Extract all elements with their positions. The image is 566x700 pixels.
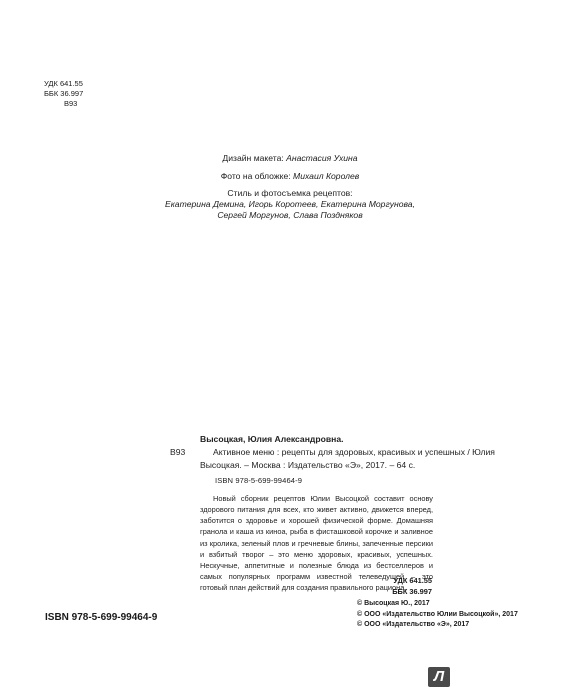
credit-layout-name: Анастасия Ухина xyxy=(286,153,357,163)
credit-cover-photo-name: Михаил Королев xyxy=(293,171,359,181)
author-heading: Высоцкая, Юлия Александровна. xyxy=(200,434,344,444)
isbn-main: ISBN 978-5-699-99464-9 xyxy=(45,612,157,623)
credit-layout: Дизайн макета: Анастасия Ухина xyxy=(150,153,430,164)
credits: Дизайн макета: Анастасия Ухина Фото на о… xyxy=(150,153,430,221)
copyright-line: © ООО «Издательство «Э», 2017 xyxy=(357,620,518,631)
credit-styling-names-2: Сергей Моргунов, Слава Поздняков xyxy=(217,210,362,220)
credit-layout-label: Дизайн макета: xyxy=(222,153,283,163)
classification-top: УДК 641.55 ББК 36.997 В93 xyxy=(44,79,83,109)
udk-code-bottom: УДК 641.55 xyxy=(392,575,432,586)
copyright-block: © Высоцкая Ю., 2017 © ООО «Издательство … xyxy=(357,599,518,631)
title-line-1: Активное меню : рецепты для здоровых, кр… xyxy=(213,447,495,457)
classification-bottom: УДК 641.55 ББК 36.997 xyxy=(392,575,432,597)
credit-styling-label: Стиль и фотосъемка рецептов: xyxy=(150,188,430,199)
copyright-line: © Высоцкая Ю., 2017 xyxy=(357,599,518,610)
credit-cover-photo-label: Фото на обложке: xyxy=(221,171,291,181)
isbn-record: ISBN 978-5-699-99464-9 xyxy=(215,476,302,485)
udk-code: УДК 641.55 xyxy=(44,79,83,89)
title-line-2: Высоцкая. – Москва : Издательство «Э», 2… xyxy=(200,460,415,470)
bbk-code: ББК 36.997 xyxy=(44,89,83,99)
bbk-code-bottom: ББК 36.997 xyxy=(392,586,432,597)
credit-styling-names-1: Екатерина Демина, Игорь Коротеев, Екатер… xyxy=(165,199,415,209)
copyright-line: © ООО «Издательство Юлии Высоцкой», 2017 xyxy=(357,610,518,621)
author-sign: В93 xyxy=(44,99,83,109)
credit-cover-photo: Фото на обложке: Михаил Королев xyxy=(150,171,430,182)
author-sign-mid: В93 xyxy=(170,447,185,457)
litres-logo-icon: Л xyxy=(428,667,450,687)
